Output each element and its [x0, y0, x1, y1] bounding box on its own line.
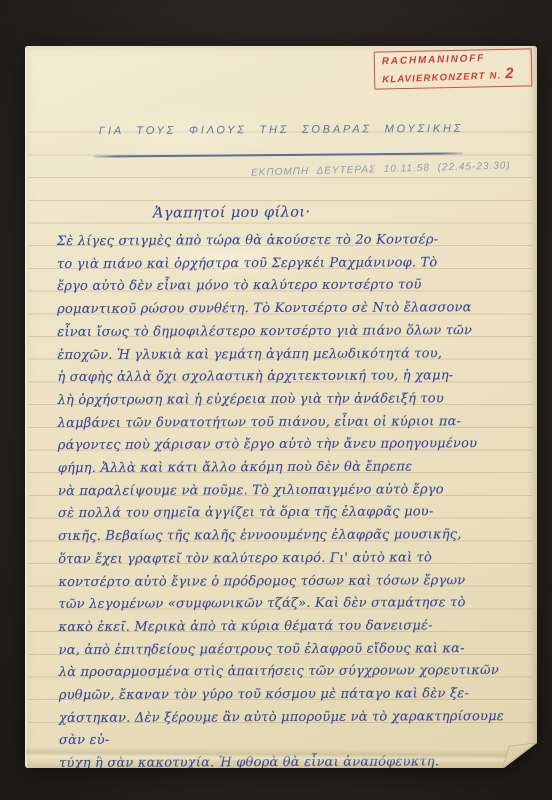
page-title: ΓΙΑ ΤΟΥΣ ΦΙΛΟΥΣ ΤΗΣ ΣΟΒΑΡΑΣ ΜΟΥΣΙΚΗΣ: [83, 123, 479, 138]
salutation: Ἀγαπητοί μου φίλοι·: [153, 204, 311, 221]
letter-paper: RACHMANINOFF KLAVIERKONZERT N. 2 ΓΙΑ ΤΟΥ…: [25, 46, 537, 768]
paper-wrapper: RACHMANINOFF KLAVIERKONZERT N. 2 ΓΙΑ ΤΟΥ…: [25, 46, 537, 768]
stamp-work-line: KLAVIERKONZERT N. 2: [382, 64, 532, 86]
folded-corner: [496, 736, 538, 769]
archive-stamp: RACHMANINOFF KLAVIERKONZERT N. 2: [374, 48, 533, 89]
dust-speck: [455, 770, 457, 772]
stamp-number: 2: [505, 65, 514, 82]
photo-background: RACHMANINOFF KLAVIERKONZERT N. 2 ΓΙΑ ΤΟΥ…: [0, 0, 552, 800]
letter-body: Σὲ λίγες στιγμὲς ἀπὸ τώρα θὰ ἀκούσετε τὸ…: [57, 229, 517, 776]
stamp-work-label: KLAVIERKONZERT N.: [382, 70, 502, 85]
broadcast-date: ΕΚΠΟΜΠΗ ΔΕΥΤΕΡΑΣ 10.11.58 (22.45-23.30): [251, 160, 511, 178]
